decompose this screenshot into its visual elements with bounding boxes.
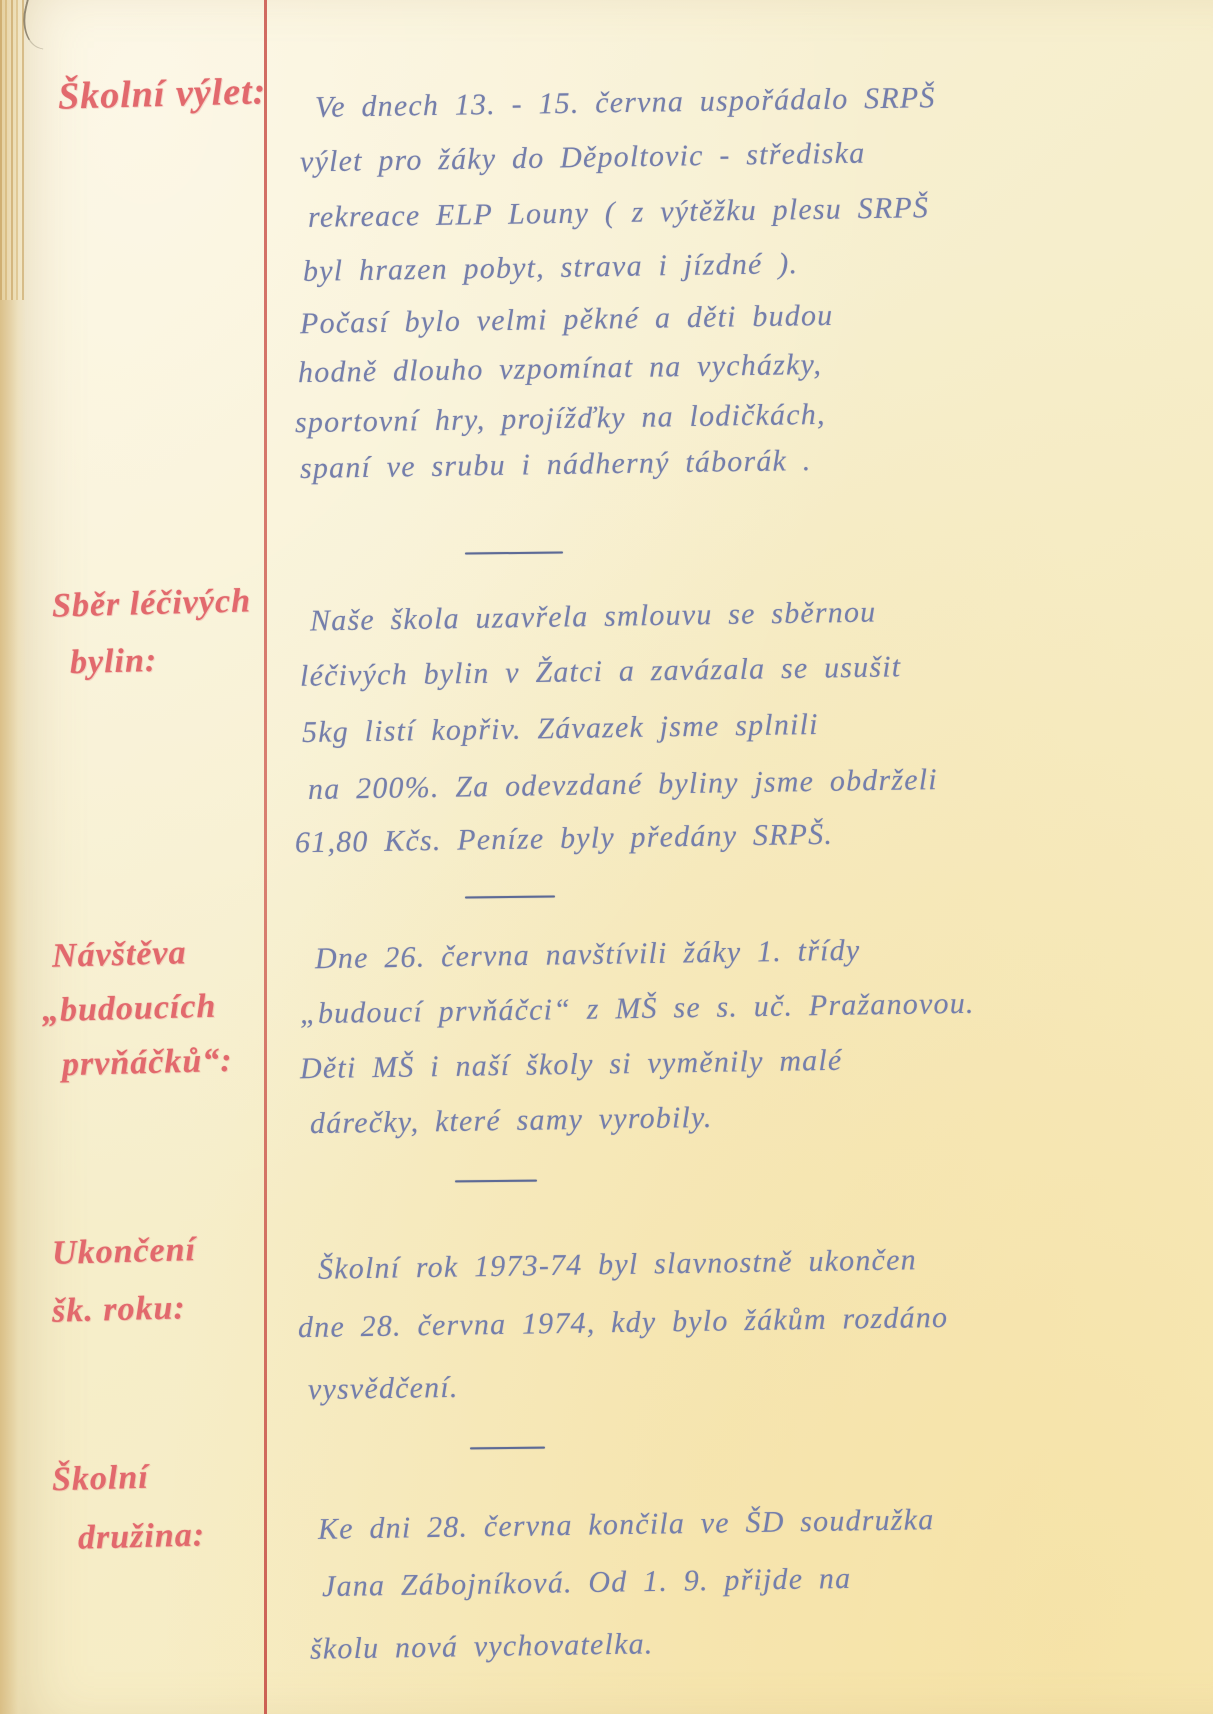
body-line: Ke dni 28. června končila ve ŠD soudružk… bbox=[318, 1503, 935, 1547]
body-line: dárečky, které samy vyrobily. bbox=[310, 1101, 713, 1141]
section-heading: Ukončení bbox=[52, 1231, 197, 1273]
body-line: hodně dlouho vzpomínat na vycházky, bbox=[298, 348, 823, 390]
body-line: vysvědčení. bbox=[308, 1371, 459, 1407]
body-line: dne 28. června 1974, kdy bylo žákům rozd… bbox=[298, 1301, 949, 1345]
body-line: na 200%. Za odevzdané byliny jsme obdrže… bbox=[308, 763, 938, 807]
body-line: Děti MŠ i naší školy si vyměnily malé bbox=[300, 1044, 843, 1087]
section-heading: družina: bbox=[78, 1516, 206, 1557]
body-line: Dne 26. června navštívili žáky 1. třídy bbox=[315, 934, 861, 977]
red-margin-rule bbox=[264, 0, 267, 1714]
body-line: Počasí bylo velmi pěkné a děti budou bbox=[300, 299, 834, 341]
body-line: Naše škola uzavřela smlouvu se sběrnou bbox=[310, 596, 877, 639]
body-line: výlet pro žáky do Děpoltovic - střediska bbox=[300, 137, 866, 180]
body-line: léčivých bylin v Žatci a zavázala se usu… bbox=[300, 650, 902, 693]
section-heading: bylin: bbox=[70, 642, 158, 682]
body-line: Jana Zábojníková. Od 1. 9. přijde na bbox=[322, 1562, 852, 1604]
body-line: 5kg listí kopřiv. Závazek jsme splnili bbox=[302, 708, 819, 750]
section-divider bbox=[455, 1180, 537, 1183]
section-divider bbox=[465, 551, 563, 554]
section-heading: „budoucích bbox=[42, 988, 217, 1031]
body-line: Školní rok 1973-74 byl slavnostně ukonče… bbox=[318, 1243, 917, 1286]
section-heading: prvňáčků“: bbox=[62, 1042, 233, 1084]
body-line: „budoucí prvňáčci“ z MŠ se s. uč. Pražan… bbox=[300, 987, 975, 1032]
body-line: 61,80 Kčs. Peníze byly předány SRPŠ. bbox=[295, 818, 834, 860]
body-line: spaní ve srubu i nádherný táborák . bbox=[300, 444, 812, 486]
section-heading: Školní výlet: bbox=[57, 69, 266, 118]
chronicle-page: Školní výlet: Ve dnech 13. - 15. června … bbox=[0, 0, 1213, 1714]
section-divider bbox=[465, 896, 555, 899]
body-line: Ve dnech 13. - 15. června uspořádalo SRP… bbox=[315, 81, 936, 125]
section-heading: Návštěva bbox=[52, 934, 187, 976]
body-line: rekreace ELP Louny ( z výtěžku plesu SRP… bbox=[308, 191, 930, 235]
section-heading: šk. roku: bbox=[52, 1289, 187, 1330]
page-edge-striations bbox=[0, 0, 24, 300]
body-line: byl hrazen pobyt, strava i jízdné ). bbox=[303, 247, 799, 289]
section-heading: Sběr léčivých bbox=[52, 582, 252, 625]
body-line: sportovní hry, projížďky na lodičkách, bbox=[295, 398, 826, 440]
section-heading: Školní bbox=[52, 1459, 150, 1500]
section-divider bbox=[470, 1447, 545, 1450]
body-line: školu nová vychovatelka. bbox=[310, 1627, 654, 1666]
